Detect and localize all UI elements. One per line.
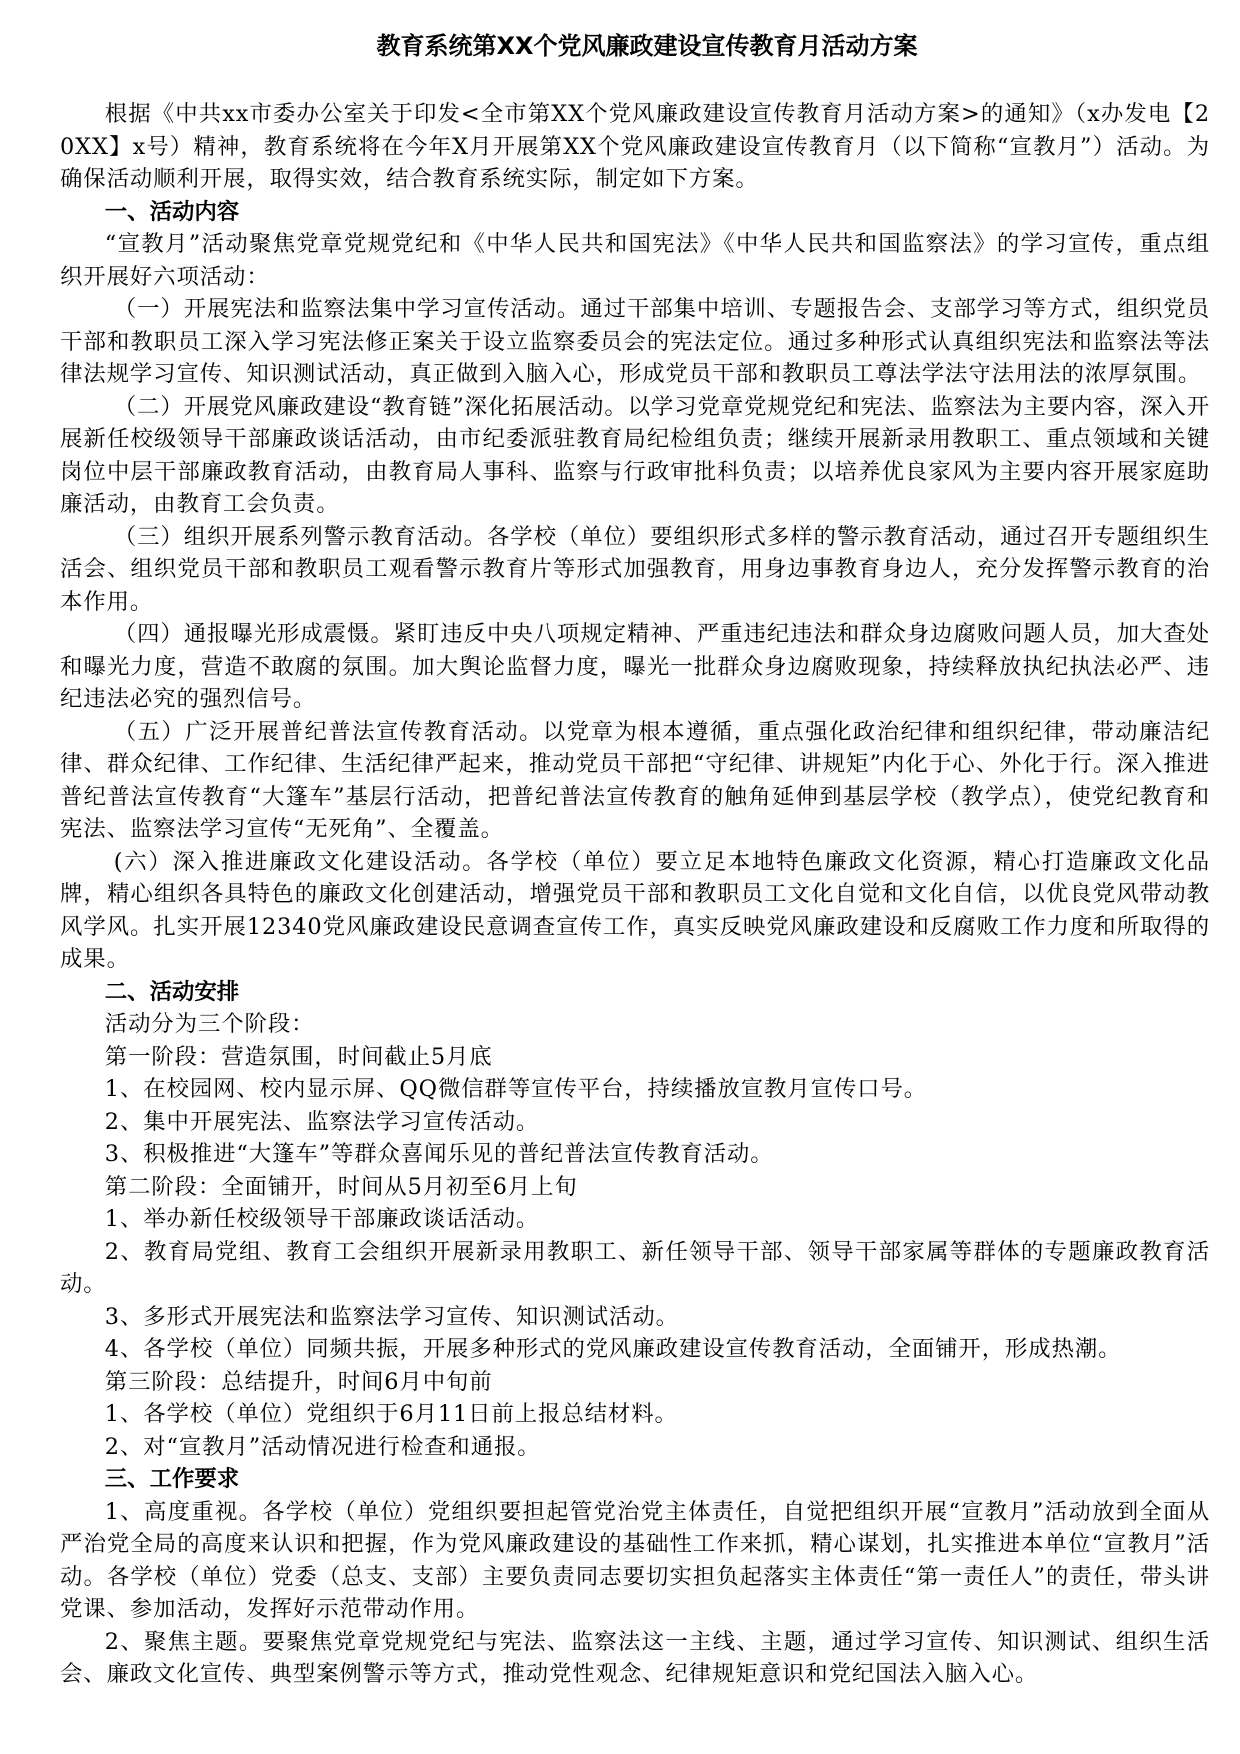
requirement-2: 2、聚焦主题。要聚焦党章党规党纪与宪法、监察法这一主线、主题，通过学习宣传、知识…: [60, 1626, 1210, 1691]
document-title: 教育系统第XX个党风廉政建设宣传教育月活动方案: [60, 30, 1210, 62]
stage-3-item-2: 2、对“宣教月”活动情况进行检查和通报。: [60, 1431, 1210, 1464]
intro-paragraph: 根据《中共xx市委办公室关于印发<全市第XX个党风廉政建设宣传教育月活动方案>的…: [60, 98, 1210, 196]
requirement-1: 1、高度重视。各学校（单位）党组织要担起管党治党主体责任，自觉把组织开展“宣教月…: [60, 1496, 1210, 1626]
document-page: 教育系统第XX个党风廉政建设宣传教育月活动方案 根据《中共xx市委办公室关于印发…: [60, 30, 1210, 1691]
stage-2-item-4: 4、各学校（单位）同频共振，开展多种形式的党风廉政建设宣传教育活动，全面铺开，形…: [60, 1333, 1210, 1366]
stage-3-item-1: 1、各学校（单位）党组织于6月11日前上报总结材料。: [60, 1398, 1210, 1431]
schedule-intro: 活动分为三个阶段：: [60, 1008, 1210, 1041]
section-heading-activities: 一、活动内容: [60, 196, 1210, 229]
stage-1-item-1: 1、在校园网、校内显示屏、QQ微信群等宣传平台，持续播放宣教月宣传口号。: [60, 1073, 1210, 1106]
stage-2-item-1: 1、举办新任校级领导干部廉政谈话活动。: [60, 1203, 1210, 1236]
section1-paragraph-1: （一）开展宪法和监察法集中学习宣传活动。通过干部集中培训、专题报告会、支部学习等…: [60, 293, 1210, 391]
section1-paragraph-6: (六）深入推进廉政文化建设活动。各学校（单位）要立足本地特色廉政文化资源，精心打…: [60, 846, 1210, 976]
stage-2-item-3: 3、多形式开展宪法和监察法学习宣传、知识测试活动。: [60, 1301, 1210, 1334]
stage-3-title: 第三阶段：总结提升，时间6月中旬前: [60, 1366, 1210, 1399]
stage-1-item-2: 2、集中开展宪法、监察法学习宣传活动。: [60, 1106, 1210, 1139]
stage-1-item-3: 3、积极推进“大篷车”等群众喜闻乐见的普纪普法宣传教育活动。: [60, 1138, 1210, 1171]
section1-paragraph-3: （三）组织开展系列警示教育活动。各学校（单位）要组织形式多样的警示教育活动，通过…: [60, 521, 1210, 619]
section1-paragraph-5: （五）广泛开展普纪普法宣传教育活动。以党章为根本遵循，重点强化政治纪律和组织纪律…: [60, 716, 1210, 846]
section-heading-schedule: 二、活动安排: [60, 976, 1210, 1009]
section1-paragraph-overview: “宣教月”活动聚焦党章党规党纪和《中华人民共和国宪法》《中华人民共和国监察法》的…: [60, 228, 1210, 293]
stage-2-title: 第二阶段：全面铺开，时间从5月初至6月上旬: [60, 1171, 1210, 1204]
stage-2-item-2: 2、教育局党组、教育工会组织开展新录用教职工、新任领导干部、领导干部家属等群体的…: [60, 1236, 1210, 1301]
section1-paragraph-4: （四）通报曝光形成震慑。紧盯违反中央八项规定精神、严重违纪违法和群众身边腐败问题…: [60, 618, 1210, 716]
stage-1-title: 第一阶段：营造氛围，时间截止5月底: [60, 1041, 1210, 1074]
section-heading-requirements: 三、工作要求: [60, 1463, 1210, 1496]
section1-paragraph-2: （二）开展党风廉政建设“教育链”深化拓展活动。以学习党章党规党纪和宪法、监察法为…: [60, 391, 1210, 521]
